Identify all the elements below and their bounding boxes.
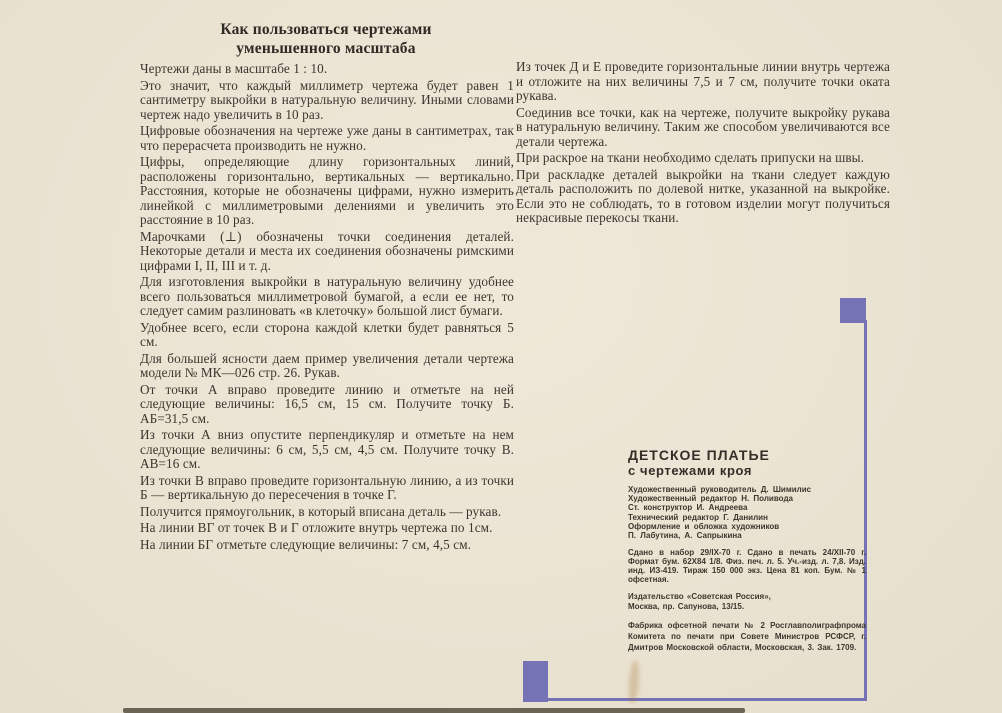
credit-line: Технический редактор Г. Данилин <box>628 513 866 522</box>
paragraph: Соединив все точки, как на чертеже, полу… <box>516 106 890 150</box>
paragraph: Для изготовления выкройки в натуральную … <box>140 275 514 319</box>
credit-line: Оформление и обложка художников <box>628 522 866 531</box>
colophon-publisher: Издательство «Советская Россия», Москва,… <box>628 592 866 613</box>
scanned-book-page: Как пользоваться чертежами уменьшенного … <box>0 0 1002 713</box>
colophon-subtitle: с чертежами кроя <box>628 463 866 478</box>
paragraph: Получится прямоугольник, в который вписа… <box>140 505 514 520</box>
left-text-column: Чертежи даны в масштабе 1 : 10. Это знач… <box>140 62 514 672</box>
paragraph: Из точки А вниз опустите перпендикуляр и… <box>140 428 514 472</box>
colophon-printer: Фабрика офсетной печати № 2 Росглавполиг… <box>628 620 866 653</box>
paragraph: Удобнее всего, если сторона каждой клетк… <box>140 321 514 350</box>
frame-square-top <box>840 298 866 323</box>
paragraph: Это значит, что каждый миллиметр чертежа… <box>140 79 514 123</box>
page-title: Как пользоваться чертежами уменьшенного … <box>138 20 514 58</box>
paragraph: Из точки В вправо проведите горизонтальн… <box>140 474 514 503</box>
paragraph: От точки А вправо проведите линию и отме… <box>140 383 514 427</box>
credit-line: Художественный редактор Н. Поливода <box>628 494 866 503</box>
frame-square-bottom <box>523 661 548 702</box>
paragraph: Для большей ясности даем пример увеличен… <box>140 352 514 381</box>
paragraph: Из точек Д и Е проведите горизонтальные … <box>516 60 890 104</box>
credit-line: Ст. конструктор И. Андреева <box>628 503 866 512</box>
paragraph: При раскладке деталей выкройки на ткани … <box>516 168 890 226</box>
paragraph: На линии БГ отметьте следующие величины:… <box>140 538 514 553</box>
paragraph: На линии ВГ от точек В и Г отложите внут… <box>140 521 514 536</box>
right-text-column: Из точек Д и Е проведите горизонтальные … <box>516 60 890 280</box>
page-title-line2: уменьшенного масштаба <box>138 39 514 58</box>
credit-line: П. Лабутина, А. Сапрыкина <box>628 531 866 540</box>
credit-line: Художественный руководитель Д. Шимилис <box>628 485 866 494</box>
page-title-line1: Как пользоваться чертежами <box>138 20 514 39</box>
publisher-line: Издательство «Советская Россия», <box>628 592 866 603</box>
frame-line-bottom <box>548 698 867 701</box>
paragraph: Цифровые обозначения на чертеже уже даны… <box>140 124 514 153</box>
colophon-credits: Художественный руководитель Д. Шимилис Х… <box>628 485 866 540</box>
colophon-title: ДЕТСКОЕ ПЛАТЬЕ <box>628 447 866 463</box>
publisher-line: Москва, пр. Сапунова, 13/15. <box>628 602 866 613</box>
paragraph: При раскрое на ткани необходимо сделать … <box>516 151 890 166</box>
paragraph: Марочками (⊥) обозначены точки соединени… <box>140 230 514 274</box>
page-edge-shadow <box>123 708 745 713</box>
colophon-block: ДЕТСКОЕ ПЛАТЬЕ с чертежами кроя Художест… <box>628 447 866 653</box>
paragraph: Чертежи даны в масштабе 1 : 10. <box>140 62 514 77</box>
paragraph: Цифры, определяющие длину горизонтальных… <box>140 155 514 228</box>
colophon-imprint: Сдано в набор 29/IX-70 г. Сдано в печать… <box>628 549 866 585</box>
